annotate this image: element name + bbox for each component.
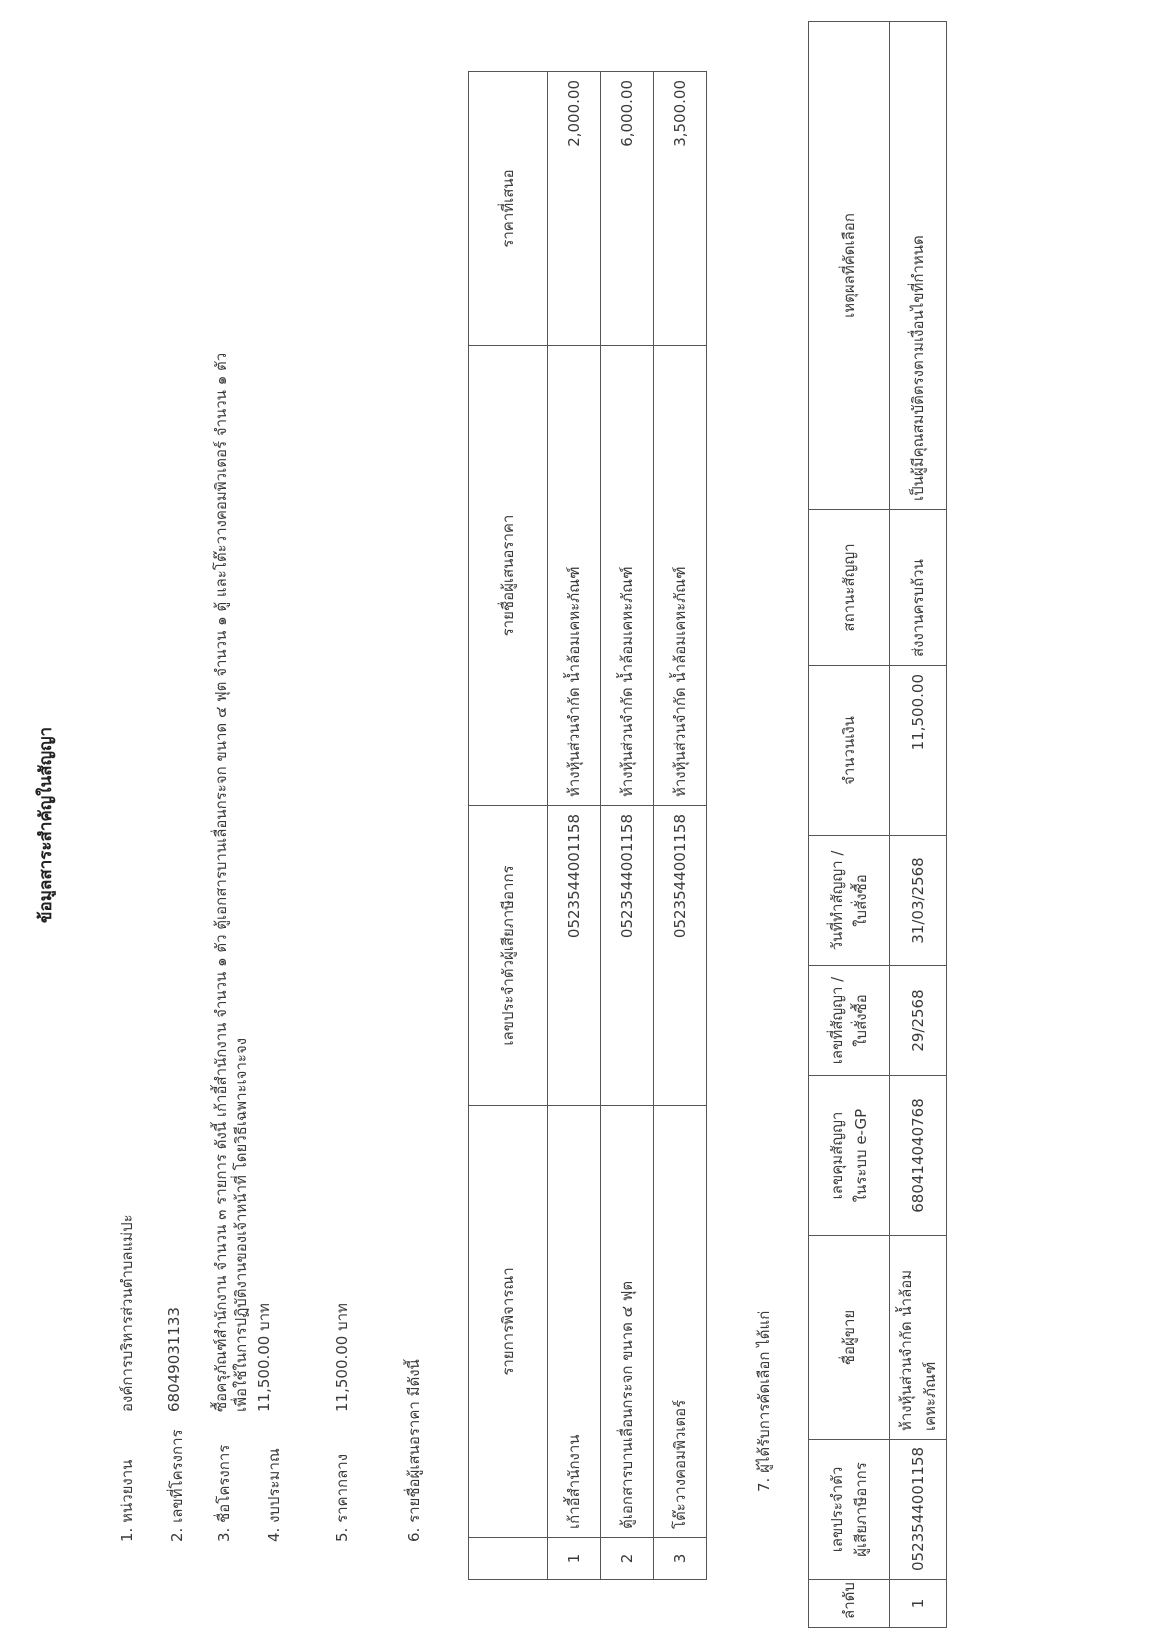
col-amount: จำนวนเงิน <box>809 666 890 836</box>
cell-tax-id: 0523544001158 <box>548 806 601 1106</box>
document-title: ข้อมูลสาระสำคัญในสัญญา <box>32 0 59 1650</box>
col-seller: ชื่อผู้ขาย <box>809 1236 890 1440</box>
col-egp-no: เลขคุมสัญญาในระบบ e-GP <box>809 1076 890 1236</box>
field-value-agency: องค์การบริหารส่วนตำบลแม่ปะ <box>115 1214 139 1412</box>
cell-bidder: ห้างหุ้นส่วนจำกัด น้ำล้อมเคหะภัณฑ์ <box>654 346 707 806</box>
col-contract-date: วันที่ทำสัญญา /ใบสั่งซื้อ <box>809 836 890 966</box>
cell-seller: ห้างหุ้นส่วนจำกัด น้ำล้อมเคหะภัณฑ์ <box>890 1236 947 1440</box>
cell-egp-no: 680414040768 <box>890 1076 947 1236</box>
field-value-median-price: 11,500.00 บาท <box>330 1303 354 1412</box>
cell-price: 6,000.00 <box>601 72 654 346</box>
cell-tax-id: 0523544001158 <box>601 806 654 1106</box>
table-row: 1 เก้าอี้สำนักงาน 0523544001158 ห้างหุ้น… <box>548 72 601 1580</box>
field-label-median-price: 5. ราคากลาง <box>330 1454 354 1542</box>
cell-no: 1 <box>548 1538 601 1580</box>
cell-item: โต๊ะวางคอมพิวเตอร์ <box>654 1106 707 1538</box>
field-label-agency: 1. หน่วยงาน <box>115 1460 139 1542</box>
field-label-project-no: 2. เลขที่โครงการ <box>165 1429 189 1542</box>
cell-tax-id: 0523544001158 <box>654 806 707 1106</box>
document-page: ข้อมูลสาระสำคัญในสัญญา 1. หน่วยงาน องค์ก… <box>0 0 1156 1650</box>
cell-status: ส่งงานครบถ้วน <box>890 510 947 666</box>
field-value-budget: 11,500.00 บาท <box>252 1303 276 1412</box>
col-no <box>469 1538 548 1580</box>
cell-contract-date: 31/03/2568 <box>890 836 947 966</box>
bidders-heading: 6. รายชื่อผู้เสนอราคา มีดังนี้ <box>402 1359 426 1542</box>
col-reason: เหตุผลที่คัดเลือก <box>809 22 890 510</box>
col-status: สถานะสัญญา <box>809 510 890 666</box>
selected-vendor-table: ลำดับ เลขประจำตัวผู้เสียภาษีอากร ชื่อผู้… <box>808 21 947 1628</box>
col-price: ราคาที่เสนอ <box>469 72 548 346</box>
cell-reason: เป็นผู้มีคุณสมบัติตรงตามเงื่อนไขที่กำหนด <box>890 22 947 510</box>
cell-no: 3 <box>654 1538 707 1580</box>
cell-contract-no: 29/2568 <box>890 966 947 1076</box>
col-order: ลำดับ <box>809 1580 890 1628</box>
field-value-project-name: ซื้อครุภัณฑ์สำนักงาน จำนวน ๓ รายการ ดังน… <box>212 353 231 1412</box>
cell-price: 3,500.00 <box>654 72 707 346</box>
cell-item: เก้าอี้สำนักงาน <box>548 1106 601 1538</box>
bidders-table: รายการพิจารณา เลขประจำตัวผู้เสียภาษีอากร… <box>468 71 707 1580</box>
table-row: 3 โต๊ะวางคอมพิวเตอร์ 0523544001158 ห้างห… <box>654 72 707 1580</box>
cell-price: 2,000.00 <box>548 72 601 346</box>
field-label-budget: 4. งบประมาณ <box>262 1448 286 1542</box>
col-tax-id: เลขประจำตัวผู้เสียภาษีอากร <box>809 1440 890 1580</box>
col-bidder: รายชื่อผู้เสนอราคา <box>469 346 548 806</box>
col-item: รายการพิจารณา <box>469 1106 548 1538</box>
cell-bidder: ห้างหุ้นส่วนจำกัด น้ำล้อมเคหะภัณฑ์ <box>601 346 654 806</box>
bidders-table-header: รายการพิจารณา เลขประจำตัวผู้เสียภาษีอากร… <box>469 72 548 1580</box>
col-tax-id: เลขประจำตัวผู้เสียภาษีอากร <box>469 806 548 1106</box>
table-row: 1 0523544001158 ห้างหุ้นส่วนจำกัด น้ำล้อ… <box>890 22 947 1628</box>
table-row: 2 ตู้เอกสารบานเลื่อนกระจก ขนาด ๔ ฟุต 052… <box>601 72 654 1580</box>
selected-heading: 7. ผู้ได้รับการคัดเลือก ได้แก่ <box>752 1311 776 1492</box>
field-value-project-name-line2: เพื่อใช้ในการปฏิบัติงานของเจ้าหน้าที่ โด… <box>232 1038 251 1412</box>
cell-item: ตู้เอกสารบานเลื่อนกระจก ขนาด ๔ ฟุต <box>601 1106 654 1538</box>
cell-no: 2 <box>601 1538 654 1580</box>
cell-order: 1 <box>890 1580 947 1628</box>
cell-bidder: ห้างหุ้นส่วนจำกัด น้ำล้อมเคหะภัณฑ์ <box>548 346 601 806</box>
field-label-project-name: 3. ชื่อโครงการ <box>212 1445 236 1542</box>
cell-amount: 11,500.00 <box>890 666 947 836</box>
selected-table-header: ลำดับ เลขประจำตัวผู้เสียภาษีอากร ชื่อผู้… <box>809 22 890 1628</box>
col-contract-no: เลขที่สัญญา /ใบสั่งซื้อ <box>809 966 890 1076</box>
field-value-project-no: 68049031133 <box>165 1307 183 1412</box>
cell-tax-id: 0523544001158 <box>890 1440 947 1580</box>
